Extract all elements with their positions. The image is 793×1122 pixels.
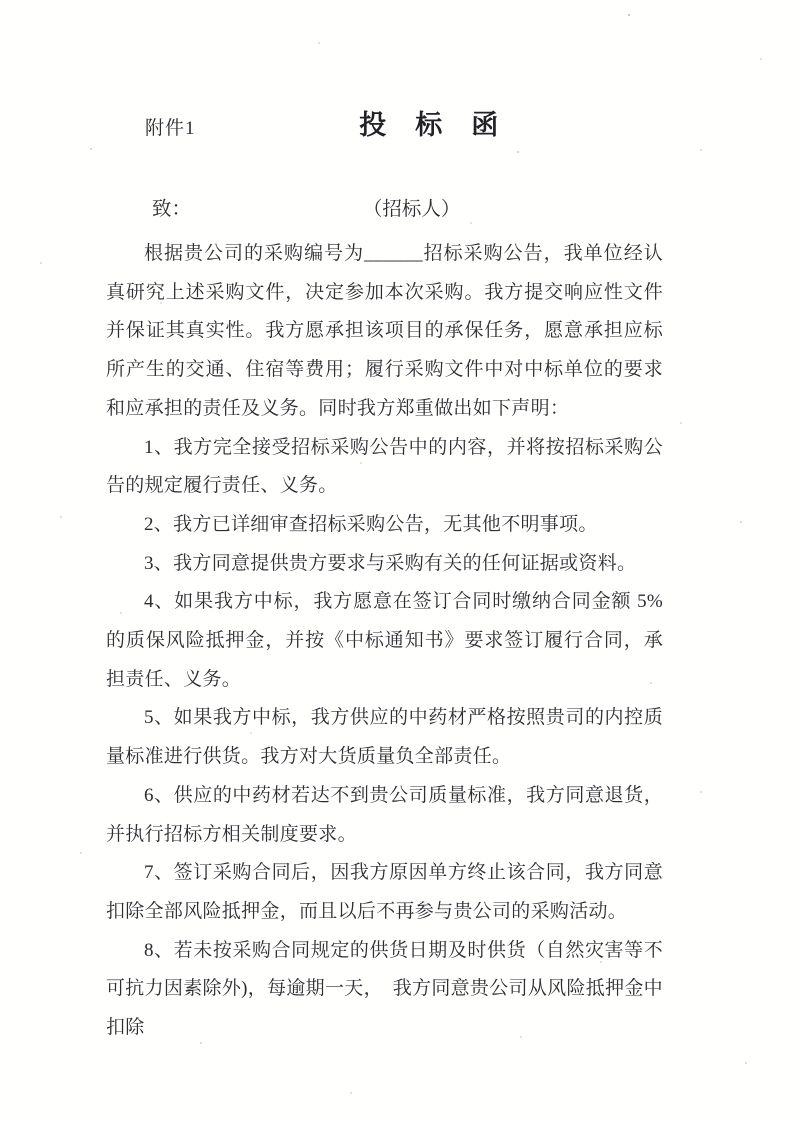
attachment-label: 附件1 (145, 113, 196, 140)
paragraph-intro: 根据贵公司的采购编号为______招标采购公告，我单位经认真研究上述采购文件，决… (106, 235, 663, 429)
document-header: 附件1 投 标 函 (106, 103, 663, 142)
recipient-hint: （招标人） (363, 199, 461, 220)
recipient-line: 致： （招标人） (106, 198, 793, 221)
page-title: 投 标 函 (196, 103, 663, 142)
paragraph-item-8: 8、若未按采购合同规定的供货日期及时供货（自然灾害等不可抗力因素除外)，每逾期一… (106, 932, 663, 1048)
paragraph-item-7: 7、签订采购合同后，因我方原因单方终止该合同，我方同意扣除全部风险抵押金，而且以… (106, 854, 663, 931)
letter-body: 根据贵公司的采购编号为______招标采购公告，我单位经认真研究上述采购文件，决… (106, 235, 663, 1048)
paragraph-item-1: 1、我方完全接受招标采购公告中的内容，并将按招标采购公告的规定履行责任、义务。 (106, 429, 663, 506)
paragraph-item-6: 6、供应的中药材若达不到贵公司质量标准，我方同意退货，并执行招标方相关制度要求。 (106, 777, 663, 854)
recipient-label: 致： (152, 199, 191, 220)
scanned-document-page: 附件1 投 标 函 致： （招标人） 根据贵公司的采购编号为______招标采购… (0, 0, 793, 1122)
paragraph-item-4: 4、如果我方中标，我方愿意在签订合同时缴纳合同金额 5%的质保风险抵押金，并按《… (106, 583, 663, 699)
paragraph-item-5: 5、如果我方中标，我方供应的中药材严格按照贵司的内控质量标准进行供货。我方对大货… (106, 699, 663, 776)
paragraph-item-3: 3、我方同意提供贵方要求与采购有关的任何证据或资料。 (106, 545, 663, 584)
paragraph-item-2: 2、我方已详细审查招标采购公告，无其他不明事项。 (106, 506, 663, 545)
